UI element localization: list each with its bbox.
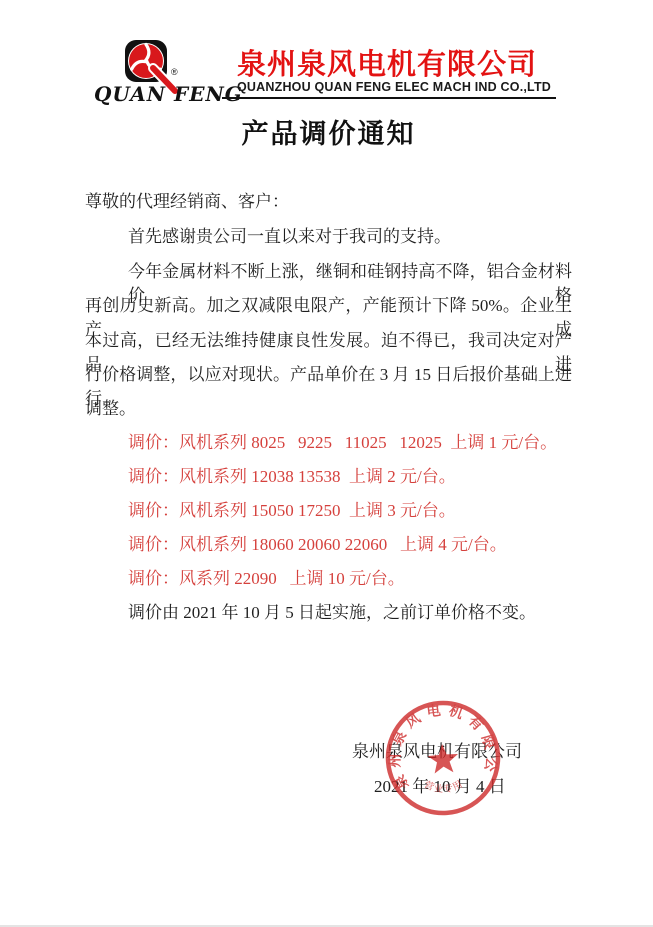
price-adjustment-line: 调价：风系列 22090 上调 10 元/台。 — [128, 567, 572, 591]
document-title: 产品调价通知 — [85, 112, 572, 151]
salutation-line: 尊敬的代理经销商、客户： — [85, 190, 572, 214]
price-adjustment-line: 调价：风机系列 8025 9225 11025 12025 上调 1 元/台。 — [128, 431, 572, 455]
price-adjustment-line: 调价：风机系列 15050 17250 上调 3 元/台。 — [128, 499, 572, 523]
body-line: 首先感谢贵公司一直以来对于我司的支持。 — [128, 225, 572, 249]
notice-document-page: ® QUAN FENG 泉州泉风电机有限公司 QUANZHOU QUAN FEN… — [0, 0, 653, 927]
company-name-en: QUANZHOU QUAN FENG ELEC MACH IND CO.,LTD — [237, 80, 551, 94]
company-name-cn: 泉州泉风电机有限公司 — [237, 42, 537, 83]
effective-date-line: 调价由 2021 年 10 月 5 日起实施，之前订单价格不变。 — [128, 601, 572, 625]
svg-text:泉州泉风电机有限公司: 泉州泉风电机有限公司 — [383, 698, 502, 793]
seal-star-icon — [427, 743, 459, 774]
body-line: 调整。 — [85, 397, 572, 421]
header-divider-rule — [222, 97, 556, 99]
seal-ring-text: 泉州泉风电机有限公司 — [383, 698, 502, 793]
brand-wordmark: QUAN FENG — [94, 82, 238, 106]
registered-trademark-icon: ® — [171, 67, 178, 77]
company-seal-stamp: 泉州泉风电机有限公司 营业专用章 — [373, 688, 514, 829]
price-adjustment-line: 调价：风机系列 18060 20060 22060 上调 4 元/台。 — [128, 533, 572, 557]
price-adjustment-line: 调价：风机系列 12038 13538 上调 2 元/台。 — [128, 465, 572, 489]
